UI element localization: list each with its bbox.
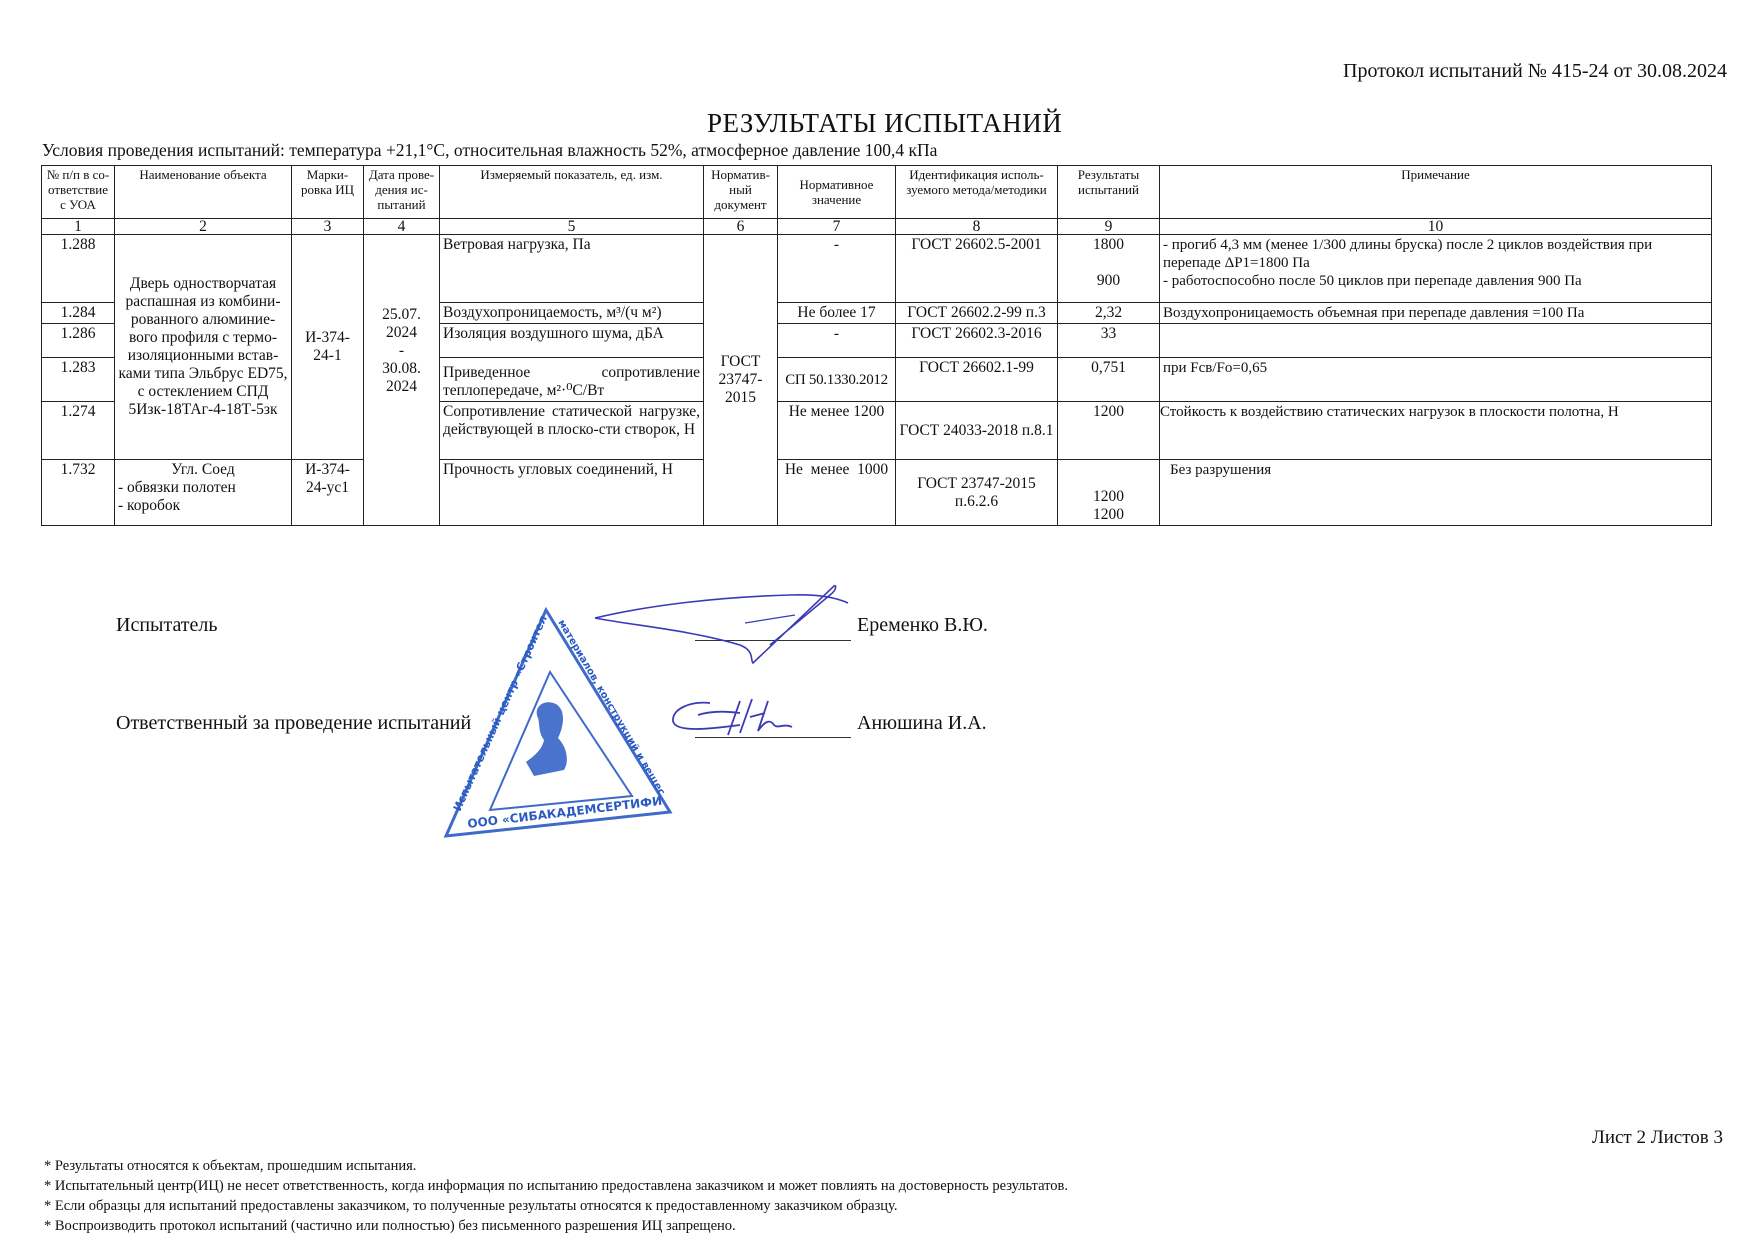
object-item: - обвязки полотен xyxy=(118,479,288,497)
col-header-normative-value: Нормативное значение xyxy=(778,166,896,219)
method: ГОСТ 26602.3-2016 xyxy=(896,324,1058,358)
method: ГОСТ 24033-2018 п.8.1 xyxy=(896,402,1058,460)
indicator: Прочность угловых соединений, Н xyxy=(440,460,704,526)
col-header-date: Дата прове-дения ис-пытаний xyxy=(364,166,440,219)
col-number: 8 xyxy=(896,219,1058,235)
col-number: 9 xyxy=(1058,219,1160,235)
row-num: 1.286 xyxy=(42,324,115,358)
method: ГОСТ 23747-2015 п.6.2.6 xyxy=(896,460,1058,526)
stamp-left-text: Испытательный центр «Строительных xyxy=(438,600,550,813)
col-number: 2 xyxy=(115,219,292,235)
indicator: Ветровая нагрузка, Па xyxy=(440,235,704,303)
note: - прогиб 4,3 мм (менее 1/300 длины бруск… xyxy=(1160,235,1712,303)
organization-stamp: Испытательный центр «Строительных матери… xyxy=(438,600,688,840)
footnote: * Воспроизводить протокол испытаний (час… xyxy=(44,1218,736,1235)
col-number: 7 xyxy=(778,219,896,235)
normative-value: Не менее 1200 xyxy=(778,402,896,460)
col-header-normative-doc: Норматив-ный документ xyxy=(704,166,778,219)
result-value: 1200 xyxy=(1058,402,1160,460)
table-row: 1.732 Угл. Соед - обвязки полотен - коро… xyxy=(42,460,1712,526)
row-num: 1.732 xyxy=(42,460,115,526)
row-num: 1.288 xyxy=(42,235,115,303)
tester-name: Еременко В.Ю. xyxy=(857,614,988,637)
test-conditions: Условия проведения испытаний: температур… xyxy=(42,140,937,161)
normative-value: Не менее 1000 xyxy=(778,460,896,526)
method: ГОСТ 26602.2-99 п.3 xyxy=(896,303,1058,324)
normative-value: - xyxy=(778,235,896,303)
object-name: Дверь одностворчатая распашная из комбин… xyxy=(115,235,292,460)
responsible-signature xyxy=(670,695,830,740)
col-header-results: Результаты испытаний xyxy=(1058,166,1160,219)
column-numbers-row: 1 2 3 4 5 6 7 8 9 10 xyxy=(42,219,1712,235)
object-title: Угл. Соед xyxy=(118,461,288,479)
col-header-note: Примечание xyxy=(1160,166,1712,219)
result-value: 33 xyxy=(1058,324,1160,358)
col-number: 10 xyxy=(1160,219,1712,235)
footnote: * Если образцы для испытаний предоставле… xyxy=(44,1198,897,1215)
note: Воздухопроницаемость объемная при перепа… xyxy=(1160,303,1712,324)
table-header-row: № п/п в со-ответствие с УОА Наименование… xyxy=(42,166,1712,219)
row-num: 1.274 xyxy=(42,402,115,460)
col-header-num: № п/п в со-ответствие с УОА xyxy=(42,166,115,219)
col-number: 3 xyxy=(292,219,364,235)
indicator: Приведенное сопротивление теплопередаче,… xyxy=(440,358,704,402)
result-value: 1800 900 xyxy=(1058,235,1160,303)
tester-label: Испытатель xyxy=(116,614,218,637)
row-num: 1.284 xyxy=(42,303,115,324)
method: ГОСТ 26602.1-99 xyxy=(896,358,1058,402)
responsible-name: Анюшина И.А. xyxy=(857,712,987,735)
note: при Fсв/Fо=0,65 xyxy=(1160,358,1712,402)
col-number: 6 xyxy=(704,219,778,235)
table-row: 1.288 Дверь одностворчатая распашная из … xyxy=(42,235,1712,303)
note: Без разрушения xyxy=(1160,460,1712,526)
protocol-reference: Протокол испытаний № 415-24 от 30.08.202… xyxy=(1343,60,1727,83)
normative-value: Не более 17 xyxy=(778,303,896,324)
row-num: 1.283 xyxy=(42,358,115,402)
footnote: * Испытательный центр(ИЦ) не несет ответ… xyxy=(44,1178,1068,1195)
result-value: 2,32 xyxy=(1058,303,1160,324)
indicator: Воздухопроницаемость, м³/(ч м²) xyxy=(440,303,704,324)
normative-value: - xyxy=(778,324,896,358)
note xyxy=(1160,324,1712,358)
normative-document: ГОСТ 23747-2015 xyxy=(704,235,778,526)
object-marking: И-374-24-ус1 xyxy=(292,460,364,526)
results-table: № п/п в со-ответствие с УОА Наименование… xyxy=(41,165,1712,526)
object-name: Угл. Соед - обвязки полотен - коробок xyxy=(115,460,292,526)
col-header-indicator: Измеряемый показатель, ед. изм. xyxy=(440,166,704,219)
object-marking: И-374-24-1 xyxy=(292,235,364,460)
col-number: 4 xyxy=(364,219,440,235)
result-value: 0,751 xyxy=(1058,358,1160,402)
note: Стойкость к воздействию статических нагр… xyxy=(1160,402,1712,460)
col-header-object: Наименование объекта xyxy=(115,166,292,219)
col-header-method: Идентификация исполь-зуемого метода/мето… xyxy=(896,166,1058,219)
responsible-label: Ответственный за проведение испытаний xyxy=(116,712,471,735)
footnote: * Результаты относятся к объектам, проше… xyxy=(44,1158,416,1175)
result-value: 1200 1200 xyxy=(1058,460,1160,526)
col-number: 5 xyxy=(440,219,704,235)
indicator: Изоляция воздушного шума, дБА xyxy=(440,324,704,358)
method: ГОСТ 26602.5-2001 xyxy=(896,235,1058,303)
indicator: Сопротивление статической нагрузке, дейс… xyxy=(440,402,704,460)
object-item: - коробок xyxy=(118,497,288,515)
col-number: 1 xyxy=(42,219,115,235)
test-dates: 25.07. 2024 - 30.08. 2024 xyxy=(364,235,440,526)
page-title: РЕЗУЛЬТАТЫ ИСПЫТАНИЙ xyxy=(707,108,1062,139)
normative-value: СП 50.1330.2012 xyxy=(778,358,896,402)
sheet-info: Лист 2 Листов 3 xyxy=(1592,1127,1723,1149)
col-header-marking: Марки-ровка ИЦ xyxy=(292,166,364,219)
